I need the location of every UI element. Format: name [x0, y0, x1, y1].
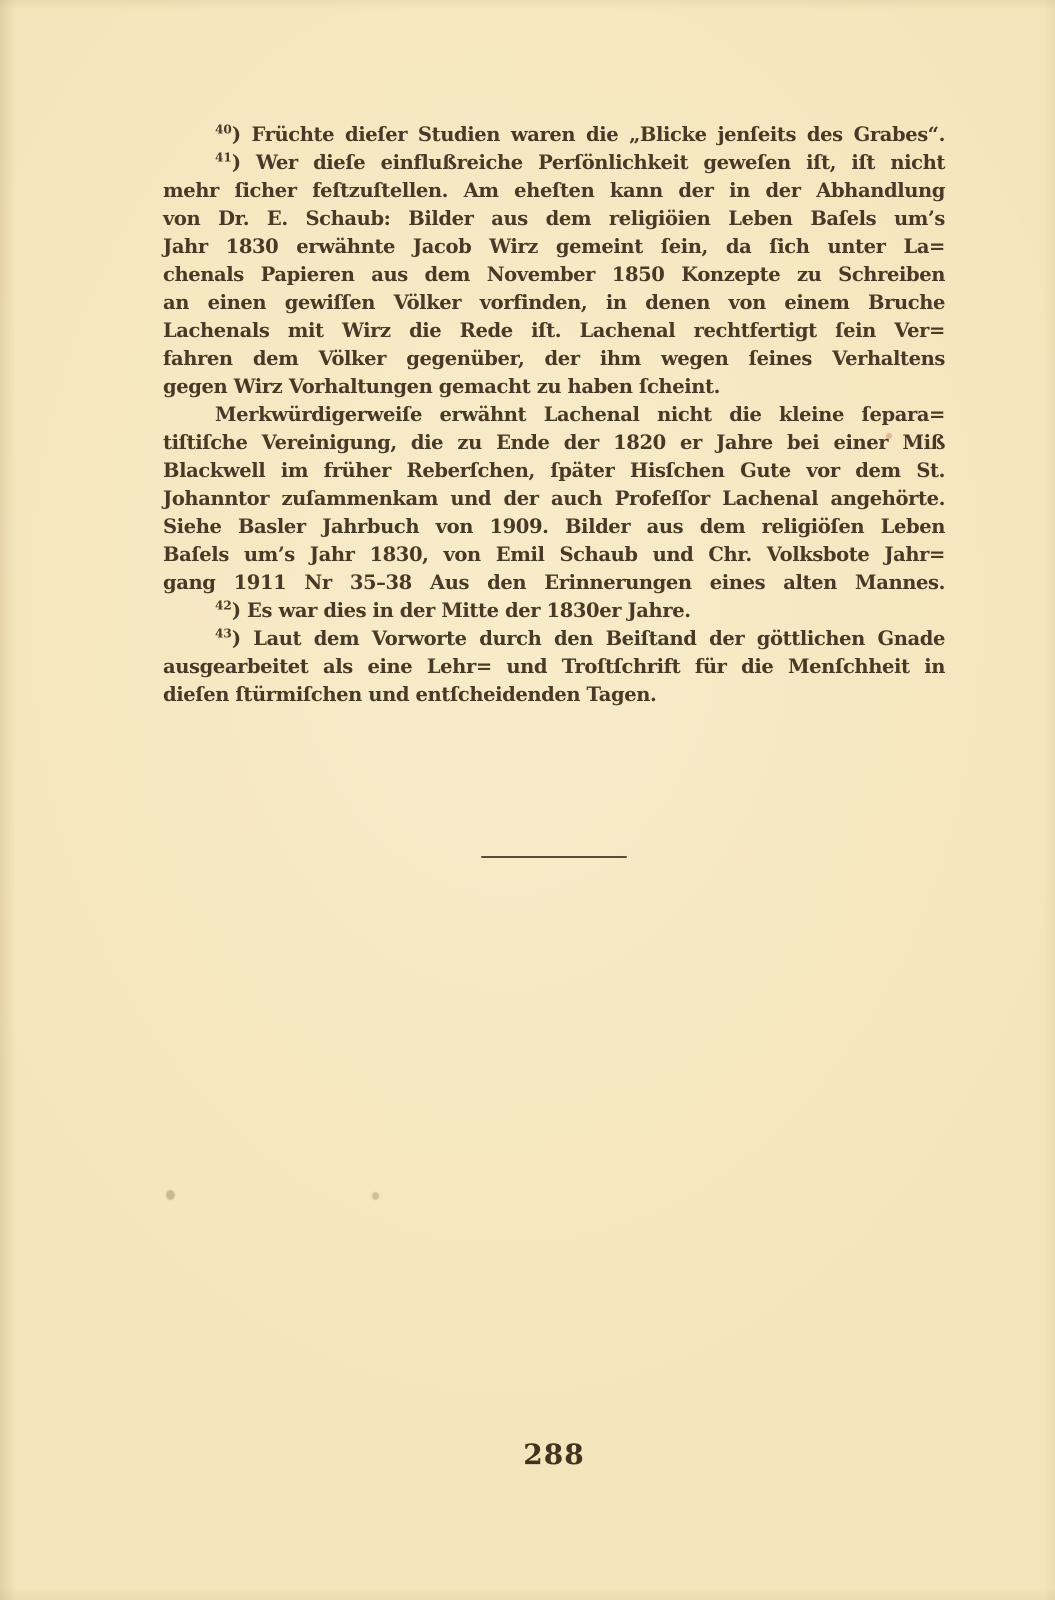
footnote-marker: 42 — [215, 599, 232, 613]
footnote-line: Johanntor zuſammenkam und der auch Profe… — [163, 485, 945, 513]
footnote-text: fahren dem Völker gegenüber, der ihm weg… — [163, 347, 945, 370]
paper-speck — [886, 433, 892, 439]
footnote-line: Blackwell im früher Reberſchen, ſpäter H… — [163, 457, 945, 485]
footnote-text: Johanntor zuſammenkam und der auch Profe… — [163, 487, 945, 510]
footnote-line: an einen gewiſſen Völker vorfinden, in d… — [163, 289, 945, 317]
footnote-text: Blackwell im früher Reberſchen, ſpäter H… — [163, 459, 945, 482]
footnote-line: 42) Es war dies in der Mitte der 1830er … — [163, 597, 945, 625]
footnote-line: tiſtiſche Vereinigung, die zu Ende der 1… — [163, 429, 945, 457]
paper-speck — [166, 1190, 175, 1200]
footnote-line: Siehe Basler Jahrbuch von 1909. Bilder a… — [163, 513, 945, 541]
footnote-text: mehr ſicher feſtzuſtellen. Am eheſten ka… — [163, 179, 945, 202]
footnote-text: ) Wer dieſe einflußreiche Perſönlichkeit… — [232, 151, 945, 174]
footnote-text: ) Früchte dieſer Studien waren die „Blic… — [232, 123, 945, 146]
book-page: 40) Früchte dieſer Studien waren die „Bl… — [0, 0, 1055, 1600]
footnote-text: chenals Papieren aus dem November 1850 K… — [163, 263, 945, 286]
footnote-text: Lachenals mit Wirz die Rede iſt. Lachena… — [163, 319, 945, 342]
footnote-text: Jahr 1830 erwähnte Jacob Wirz gemeint ſe… — [163, 235, 945, 258]
footnote-text: tiſtiſche Vereinigung, die zu Ende der 1… — [163, 431, 945, 454]
horizontal-rule — [481, 856, 627, 858]
footnote-text: gegen Wirz Vorhaltungen gemacht zu haben… — [163, 375, 720, 398]
footnote-line: gegen Wirz Vorhaltungen gemacht zu haben… — [163, 373, 945, 401]
footnote-line: dieſen ſtürmiſchen und entſcheidenden Ta… — [163, 681, 945, 709]
footnote-text: ) Es war dies in der Mitte der 1830er Ja… — [232, 599, 691, 622]
paper-speck — [372, 1192, 379, 1200]
footnote-line: mehr ſicher feſtzuſtellen. Am eheſten ka… — [163, 177, 945, 205]
footnote-marker: 41 — [215, 151, 232, 165]
footnote-text: ) Laut dem Vorworte durch den Beiſtand d… — [232, 627, 945, 650]
footnote-line: Lachenals mit Wirz die Rede iſt. Lachena… — [163, 317, 945, 345]
page-number: 288 — [163, 1438, 945, 1471]
footnote-text: dieſen ſtürmiſchen und entſcheidenden Ta… — [163, 683, 656, 706]
footnote-text: von Dr. E. Schaub: Bilder aus dem religi… — [163, 207, 945, 230]
footnote-text: ausgearbeitet als eine Lehr= und Troſtſc… — [163, 655, 945, 678]
footnote-line: 41) Wer dieſe einflußreiche Perſönlichke… — [163, 149, 945, 177]
footnote-text: gang 1911 Nr 35–38 Aus den Erinnerungen … — [163, 571, 945, 594]
footnote-marker: 43 — [215, 627, 232, 641]
footnote-line: Merkwürdigerweiſe erwähnt Lachenal nicht… — [163, 401, 945, 429]
footnote-line: Baſels um’s Jahr 1830, von Emil Schaub u… — [163, 541, 945, 569]
footnote-line: 43) Laut dem Vorworte durch den Beiſtand… — [163, 625, 945, 653]
footnotes-block: 40) Früchte dieſer Studien waren die „Bl… — [163, 121, 945, 709]
footnote-text: Baſels um’s Jahr 1830, von Emil Schaub u… — [163, 543, 945, 566]
footnote-line: fahren dem Völker gegenüber, der ihm weg… — [163, 345, 945, 373]
footnote-line: ausgearbeitet als eine Lehr= und Troſtſc… — [163, 653, 945, 681]
footnote-text: an einen gewiſſen Völker vorfinden, in d… — [163, 291, 945, 314]
footnote-line: Jahr 1830 erwähnte Jacob Wirz gemeint ſe… — [163, 233, 945, 261]
footnote-line: gang 1911 Nr 35–38 Aus den Erinnerungen … — [163, 569, 945, 597]
footnote-line: 40) Früchte dieſer Studien waren die „Bl… — [163, 121, 945, 149]
footnote-line: chenals Papieren aus dem November 1850 K… — [163, 261, 945, 289]
footnote-line: von Dr. E. Schaub: Bilder aus dem religi… — [163, 205, 945, 233]
footnote-marker: 40 — [215, 123, 232, 137]
footnote-text: Siehe Basler Jahrbuch von 1909. Bilder a… — [163, 515, 945, 538]
footnote-text: Merkwürdigerweiſe erwähnt Lachenal nicht… — [215, 403, 945, 426]
